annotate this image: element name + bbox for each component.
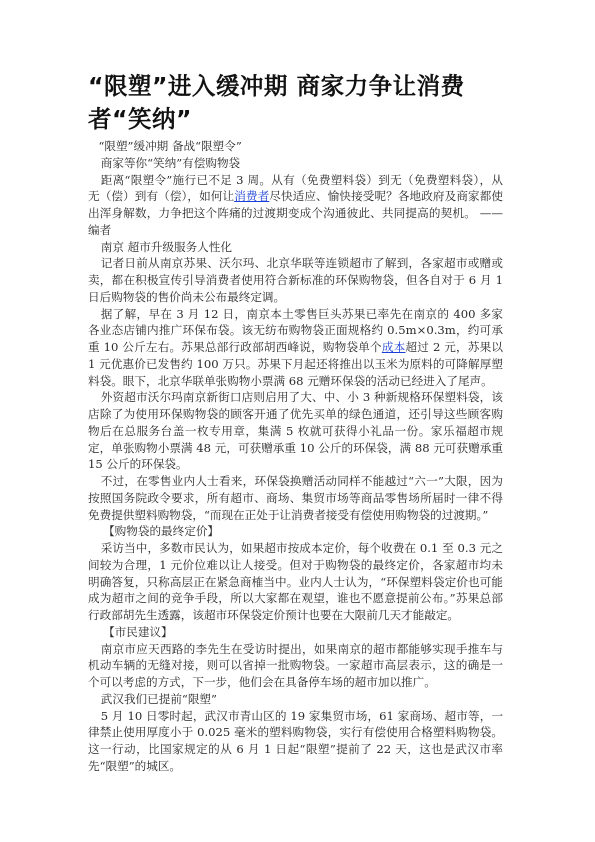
section-heading-price: 【购物袋的最终定价】 bbox=[88, 523, 503, 540]
paragraph-4: 不过，在零售业内人士看来，环保袋换赠活动同样不能越过“六一”大限，因为按照国务院… bbox=[88, 473, 503, 523]
cost-link[interactable]: 成本 bbox=[382, 340, 406, 354]
article-body: “限塑”缓冲期 备战“限塑令” 商家等你“笑纳”有偿购物袋 距离“限塑令”施行已… bbox=[88, 138, 503, 775]
paragraph-2: 据了解，早在 3 月 12 日，南京本土零售巨头苏果已率先在南京的 400 多家… bbox=[88, 306, 503, 390]
paragraph-1: 记者日前从南京苏果、沃尔玛、北京华联等连锁超市了解到，各家超市或赠或卖，都在积极… bbox=[88, 255, 503, 305]
paragraph-6: 南京市应天西路的李先生在受访时提出，如果南京的超市都能够实现手推车与机动车辆的无… bbox=[88, 641, 503, 691]
subtitle-2: 商家等你“笑纳”有偿购物袋 bbox=[88, 155, 503, 172]
section-heading-nanjing: 南京 超市升级服务人性化 bbox=[88, 239, 503, 256]
paragraph-5: 采访当中，多数市民认为，如果超市按成本定价，每个收费在 0.1 至 0.3 元之… bbox=[88, 540, 503, 624]
paragraph-3: 外资超市沃尔玛南京新街口店则启用了大、中、小 3 种新规格环保塑料袋，该店除了为… bbox=[88, 389, 503, 473]
consumer-link[interactable]: 消费者 bbox=[234, 189, 269, 203]
intro-paragraph: 距离“限塑令”施行已不足 3 周。从有（免费塑料袋）到无（免费塑料袋），从无（偿… bbox=[88, 172, 503, 239]
subtitle-1: “限塑”缓冲期 备战“限塑令” bbox=[88, 138, 503, 155]
paragraph-7: 5 月 10 日零时起，武汉市青山区的 19 家集贸市场，61 家商场、超市等，… bbox=[88, 708, 503, 775]
section-heading-wuhan: 武汉我们已提前“限塑” bbox=[88, 691, 503, 708]
section-heading-suggest: 【市民建议】 bbox=[88, 624, 503, 641]
article-title: “限塑”进入缓冲期 商家力争让消费者“笑纳” bbox=[88, 70, 503, 136]
document-page: “限塑”进入缓冲期 商家力争让消费者“笑纳” “限塑”缓冲期 备战“限塑令” 商… bbox=[88, 70, 503, 775]
